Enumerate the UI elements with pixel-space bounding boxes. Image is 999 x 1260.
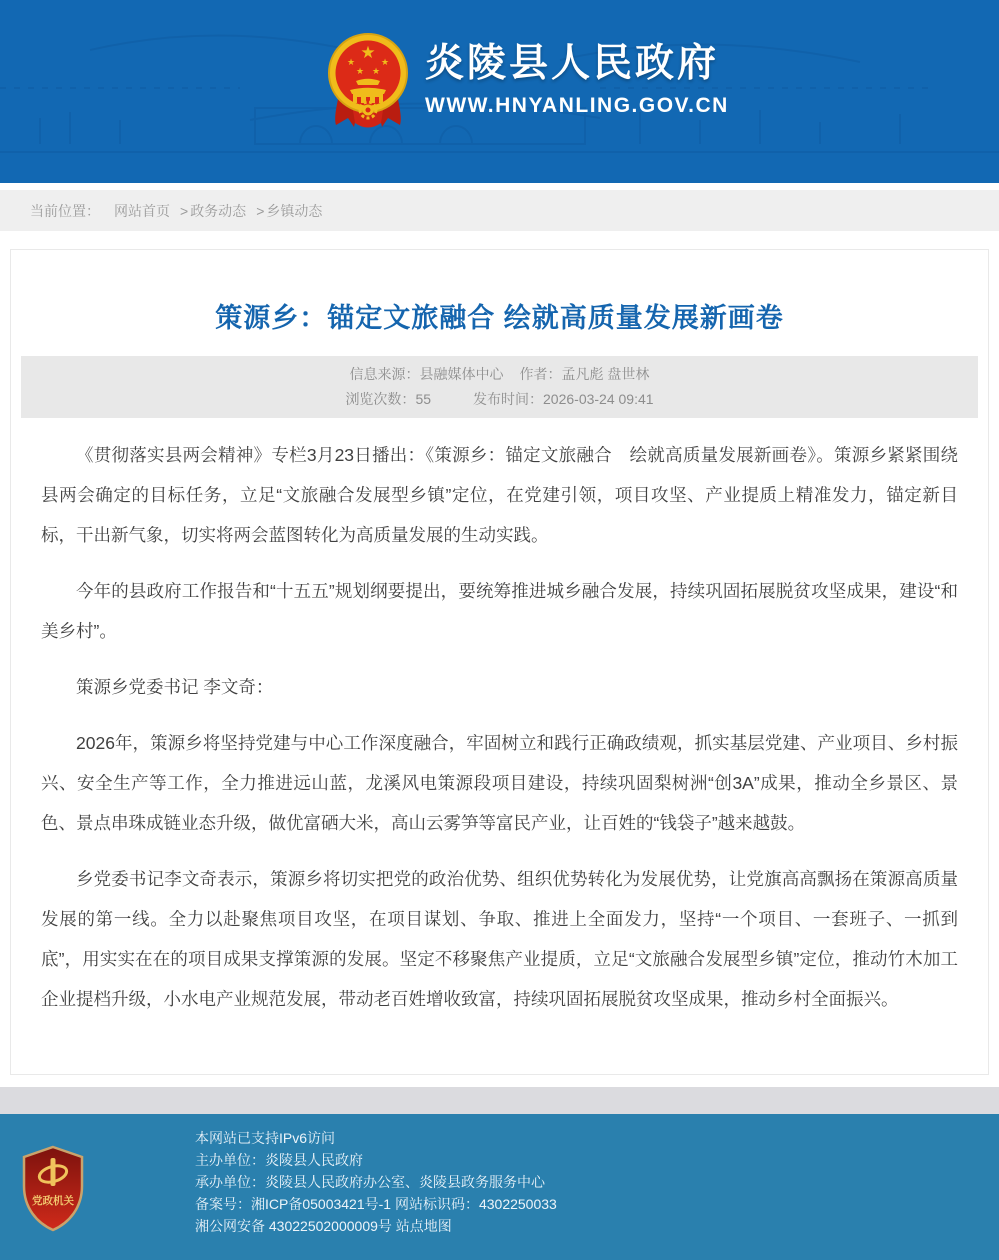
- breadcrumb-label: 当前位置：: [30, 201, 100, 221]
- meta-views-value: 55: [415, 391, 431, 407]
- footer-record-label: 备案号：: [195, 1196, 251, 1212]
- svg-text:★: ★: [360, 43, 375, 62]
- header-gap: [0, 183, 999, 190]
- footer-sitemap-link[interactable]: 站点地图: [396, 1218, 452, 1234]
- meta-author-value: 孟凡彪 盘世林: [562, 366, 650, 382]
- svg-text:★: ★: [356, 66, 364, 76]
- meta-author-label: 作者：: [520, 366, 562, 382]
- footer-security-line: 湘公网安备 43022502000009号 站点地图: [195, 1215, 557, 1237]
- meta-views-label: 浏览次数：: [345, 391, 415, 407]
- meta-row-views-time: 浏览次数：55发布时间：2026-03-24 09:41: [21, 387, 978, 412]
- footer-organizer-unit: 承办单位：炎陵县人民政府办公室、炎陵县政务服务中心: [195, 1171, 557, 1193]
- svg-text:党政机关: 党政机关: [32, 1194, 74, 1207]
- meta-source-value: 县融媒体中心: [420, 366, 504, 382]
- meta-row-source-author: 信息来源：县融媒体中心作者：孟凡彪 盘世林: [21, 362, 978, 387]
- footer-security-record: 湘公网安备 43022502000009号: [195, 1218, 392, 1234]
- svg-text:★: ★: [372, 66, 380, 76]
- site-header: ★ ★ ★ ★ ★ 炎陵县人民政府 WWW.HNYANLING.GOV.CN: [0, 0, 999, 183]
- brand-text: 炎陵县人民政府 WWW.HNYANLING.GOV.CN: [425, 42, 729, 118]
- footer-icp-link[interactable]: 湘ICP备05003421号-1: [251, 1196, 391, 1212]
- page: ★ ★ ★ ★ ★ 炎陵县人民政府 WWW.HNYANLING.GOV.CN: [0, 0, 999, 1260]
- breadcrumb-link-home[interactable]: 网站首页: [114, 201, 170, 221]
- breadcrumb: 当前位置： 网站首页 > 政务动态 > 乡镇动态: [0, 190, 999, 231]
- breadcrumb-separator: >: [256, 203, 264, 219]
- article-paragraph: 今年的县政府工作报告和“十五五”规划纲要提出，要统筹推进城乡融合发展，持续巩固拓…: [41, 571, 958, 651]
- breadcrumb-link-township[interactable]: 乡镇动态: [266, 201, 322, 221]
- article-body: 《贯彻落实县两会精神》专栏3月23日播出：《策源乡：锚定文旅融合 绘就高质量发展…: [11, 418, 988, 1019]
- site-name: 炎陵县人民政府: [425, 42, 729, 87]
- pre-footer-divider: [0, 1087, 999, 1114]
- breadcrumb-separator: >: [180, 203, 188, 219]
- site-logo-link[interactable]: ★ ★ ★ ★ ★ 炎陵县人民政府 WWW.HNYANLING.GOV.CN: [328, 27, 729, 133]
- breadcrumb-link-news[interactable]: 政务动态: [190, 201, 246, 221]
- site-url: WWW.HNYANLING.GOV.CN: [425, 94, 729, 118]
- footer-ipv6-note: 本网站已支持IPv6访问: [195, 1127, 557, 1149]
- article-paragraph: 《贯彻落实县两会精神》专栏3月23日播出：《策源乡：锚定文旅融合 绘就高质量发展…: [41, 435, 958, 555]
- meta-source-label: 信息来源：: [350, 366, 420, 382]
- article-title: 策源乡：锚定文旅融合 绘就高质量发展新画卷: [11, 296, 988, 335]
- svg-text:★: ★: [381, 57, 389, 67]
- article-meta: 信息来源：县融媒体中心作者：孟凡彪 盘世林 浏览次数：55发布时间：2026-0…: [21, 356, 978, 418]
- svg-text:★: ★: [347, 57, 355, 67]
- gov-agency-badge-icon[interactable]: 党政机关: [18, 1144, 88, 1234]
- site-footer: 党政机关 本网站已支持IPv6访问 主办单位：炎陵县人民政府 承办单位：炎陵县人…: [0, 1114, 999, 1260]
- footer-record-line: 备案号：湘ICP备05003421号-1 网站标识码：4302250033: [195, 1193, 557, 1215]
- footer-host-unit: 主办单位：炎陵县人民政府: [195, 1149, 557, 1171]
- card-gap: [0, 1075, 999, 1087]
- article-paragraph: 乡党委书记李文奇表示，策源乡将切实把党的政治优势、组织优势转化为发展优势，让党旗…: [41, 859, 958, 1019]
- article-card: 策源乡：锚定文旅融合 绘就高质量发展新画卷 信息来源：县融媒体中心作者：孟凡彪 …: [10, 249, 989, 1075]
- article-paragraph: 策源乡党委书记 李文奇：: [41, 667, 958, 707]
- footer-site-code: 网站标识码：4302250033: [395, 1196, 557, 1212]
- meta-publish-value: 2026-03-24 09:41: [543, 391, 654, 407]
- footer-info: 本网站已支持IPv6访问 主办单位：炎陵县人民政府 承办单位：炎陵县人民政府办公…: [195, 1127, 557, 1237]
- national-emblem-icon: ★ ★ ★ ★ ★: [328, 27, 408, 133]
- article-paragraph: 2026年，策源乡将坚持党建与中心工作深度融合，牢固树立和践行正确政绩观，抓实基…: [41, 723, 958, 843]
- meta-publish-label: 发布时间：: [473, 391, 543, 407]
